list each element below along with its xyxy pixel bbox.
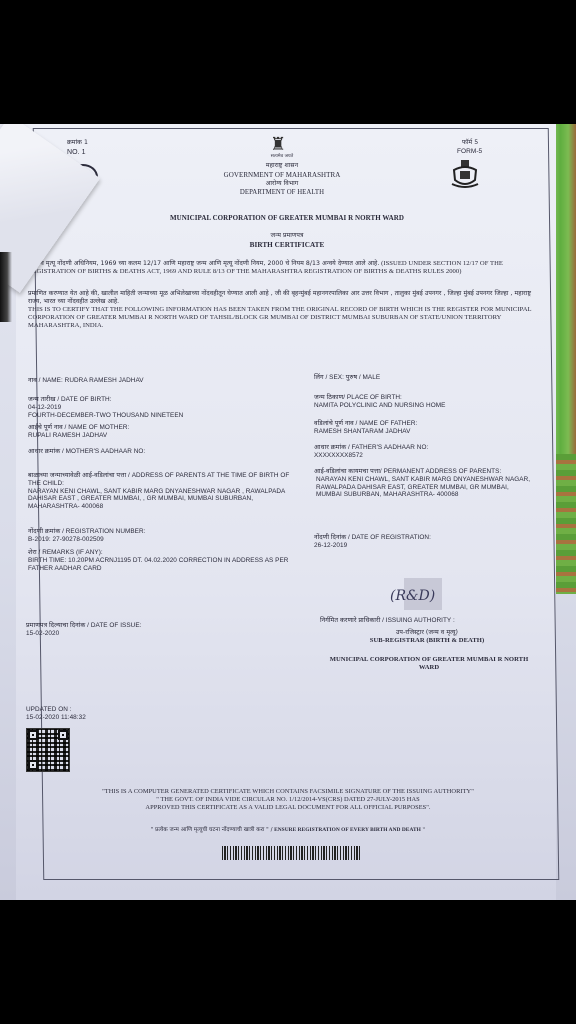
form-label-en: FORM-5 xyxy=(457,148,482,157)
sex-field: लिंग / SEX: पुरुष / MALE xyxy=(314,374,534,383)
pob-label: जन्म ठिकाण/ PLACE OF BIRTH: xyxy=(314,394,534,402)
certificate-sheet: क्रमांक 1 NO. 1 ✪ ♜ सत्यमेव जयते महाराष्… xyxy=(16,124,556,900)
mother-value: RUPALI RAMESH JADHAV xyxy=(28,432,298,440)
dept-en: DEPARTMENT OF HEALTH xyxy=(202,189,362,198)
authority-org: MUNICIPAL CORPORATION OF GREATER MUMBAI … xyxy=(322,656,536,672)
preamble-issued: जन्म व मृत्यू नोंदणी अधिनियम, 1969 च्या … xyxy=(28,260,534,276)
issuing-authority-label: निर्गमित करणारे प्राधिकारी / ISSUING AUT… xyxy=(320,617,550,626)
father-aadhaar-label: आधार क्रमांक / FATHER'S AADHAAR NO: xyxy=(314,444,534,452)
reg-date-field: नोंदणी दिनांक / DATE OF REGISTRATION: 26… xyxy=(314,534,534,550)
serial-label-mr: क्रमांक 1 xyxy=(67,139,88,148)
birth-address-label: बाळाच्या जन्माच्यावेळी आई-वडिलांचा पत्ता… xyxy=(28,472,300,488)
footer-line-1: "THIS IS A COMPUTER GENERATED CERTIFICAT… xyxy=(46,788,530,796)
authority-title-en: SUB-REGISTRAR (BIRTH & DEATH) xyxy=(332,637,522,646)
slogan-mr: " प्रत्येक जन्म आणि मृत्यूची घटना नोंदण्… xyxy=(151,827,273,833)
dob-words: FOURTH-DECEMBER-TWO THOUSAND NINETEEN xyxy=(28,412,298,420)
dob-label: जन्म तारीख / DATE OF BIRTH: xyxy=(28,396,298,404)
sex-value: पुरुष / MALE xyxy=(346,374,380,381)
footer-line-3: APPROVED THIS CERTIFICATE AS A VALID LEG… xyxy=(46,804,530,812)
preamble-issued-mr: जन्म व मृत्यू नोंदणी अधिनियम, 1969 च्या … xyxy=(28,260,379,267)
gov-en: GOVERNMENT OF MAHARASHTRA xyxy=(202,171,362,180)
updated-on-value: 15-02-2020 11:48:32 xyxy=(26,714,146,722)
photo-background: क्रमांक 1 NO. 1 ✪ ♜ सत्यमेव जयते महाराष्… xyxy=(0,124,576,900)
issue-date-value: 15-02-2020 xyxy=(26,630,226,638)
father-label: वडिलांचे पूर्ण नाव / NAME OF FATHER: xyxy=(314,420,534,428)
reg-number-label: नोंदणी क्रमांक / REGISTRATION NUMBER: xyxy=(28,528,298,536)
mother-label: आईचे पूर्ण नाव / NAME OF MOTHER: xyxy=(28,424,298,432)
sex-label: लिंग / SEX: xyxy=(314,374,344,381)
mother-field: आईचे पूर्ण नाव / NAME OF MOTHER: RUPALI … xyxy=(28,424,298,440)
updated-on-label: UPDATED ON : xyxy=(26,706,146,714)
reg-number-field: नोंदणी क्रमांक / REGISTRATION NUMBER: B-… xyxy=(28,528,298,544)
qr-code xyxy=(26,728,70,772)
remarks-value: BIRTH TIME: 10.20PM ACRNJ1195 DT. 04.02.… xyxy=(28,557,302,573)
footer-disclaimer: "THIS IS A COMPUTER GENERATED CERTIFICAT… xyxy=(46,788,530,813)
birth-address-field: बाळाच्या जन्माच्यावेळी आई-वडिलांचा पत्ता… xyxy=(28,472,300,511)
name-value: RUDRA RAMESH JADHAV xyxy=(65,377,144,384)
footer-line-2: " THE GOVT. OF INDIA VIDE CIRCULAR NO. 1… xyxy=(46,796,530,804)
pob-field: जन्म ठिकाण/ PLACE OF BIRTH: NAMITA POLYC… xyxy=(314,394,534,410)
father-aadhaar-value: XXXXXXXX8572 xyxy=(314,452,534,460)
title-en: BIRTH CERTIFICATE xyxy=(212,241,362,250)
form-label-mr: फॉर्म 5 xyxy=(462,139,478,148)
signature: (R&D) xyxy=(390,588,435,604)
perm-address-value: NARAYAN KENI CHAWL, SANT KABIR MARG DNYA… xyxy=(314,476,532,499)
emblem-motto: सत्यमेव जयते xyxy=(242,153,322,162)
footer-slogan: " प्रत्येक जन्म आणि मृत्यूची घटना नोंदण्… xyxy=(46,826,530,835)
father-aadhaar-field: आधार क्रमांक / FATHER'S AADHAAR NO: XXXX… xyxy=(314,444,534,460)
preamble-certify-en: THIS IS TO CERTIFY THAT THE FOLLOWING IN… xyxy=(28,306,534,330)
fold-shadow xyxy=(0,252,12,322)
remarks-label: शेरा / REMARKS (IF ANY): xyxy=(28,549,302,557)
dob-field: जन्म तारीख / DATE OF BIRTH: 04-12-2019 F… xyxy=(28,396,298,419)
issue-date-field: प्रमाणपत्र दिल्याचा दिनांक / DATE OF ISS… xyxy=(26,622,226,638)
dob-value: 04-12-2019 xyxy=(28,404,298,412)
remarks-field: शेरा / REMARKS (IF ANY): BIRTH TIME: 10.… xyxy=(28,549,302,572)
perm-address-field: आई-वडिलांचा कायमचा पत्ता/ PERMANENT ADDR… xyxy=(314,468,532,499)
reg-number-value: B-2019: 27-90278-002509 xyxy=(28,536,298,544)
gov-mr: महाराष्ट्र शासन xyxy=(222,162,342,171)
updated-on: UPDATED ON : 15-02-2020 11:48:32 xyxy=(26,706,146,722)
barcode xyxy=(222,846,360,860)
name-field: नाव / NAME: RUDRA RAMESH JADHAV xyxy=(28,377,298,386)
corporation-heading: MUNICIPAL CORPORATION OF GREATER MUMBAI … xyxy=(112,214,462,223)
name-label: नाव / NAME: xyxy=(28,377,63,384)
title-mr: जन्म प्रमाणपत्र xyxy=(212,232,362,241)
ashoka-emblem-icon: ♜ xyxy=(270,134,286,155)
reg-date-label: नोंदणी दिनांक / DATE OF REGISTRATION: xyxy=(314,534,534,542)
preamble-certify-mr: प्रमाणित करण्यात येत आहे की, खालील माहित… xyxy=(28,290,534,306)
father-field: वडिलांचे पूर्ण नाव / NAME OF FATHER: RAM… xyxy=(314,420,534,436)
father-value: RAMESH SHANTARAM JADHAV xyxy=(314,428,534,436)
slogan-en: ENSURE REGISTRATION OF EVERY BIRTH AND D… xyxy=(274,827,425,833)
dept-mr: आरोग्य विभाग xyxy=(222,180,342,189)
mother-aadhaar-field: आधार क्रमांक / MOTHER'S AADHAAR NO: xyxy=(28,448,298,456)
mcgm-crest-icon xyxy=(450,158,480,190)
birth-address-value: NARAYAN KENI CHAWL, SANT KABIR MARG DNYA… xyxy=(28,488,300,511)
perm-address-label: आई-वडिलांचा कायमचा पत्ता/ PERMANENT ADDR… xyxy=(314,468,532,476)
pob-value: NAMITA POLYCLINIC AND NURSING HOME xyxy=(314,402,534,410)
mother-aadhaar-label: आधार क्रमांक / MOTHER'S AADHAAR NO: xyxy=(28,448,298,456)
preamble-certify: प्रमाणित करण्यात येत आहे की, खालील माहित… xyxy=(28,290,534,330)
issue-date-label: प्रमाणपत्र दिल्याचा दिनांक / DATE OF ISS… xyxy=(26,622,226,630)
reg-date-value: 26-12-2019 xyxy=(314,542,534,550)
